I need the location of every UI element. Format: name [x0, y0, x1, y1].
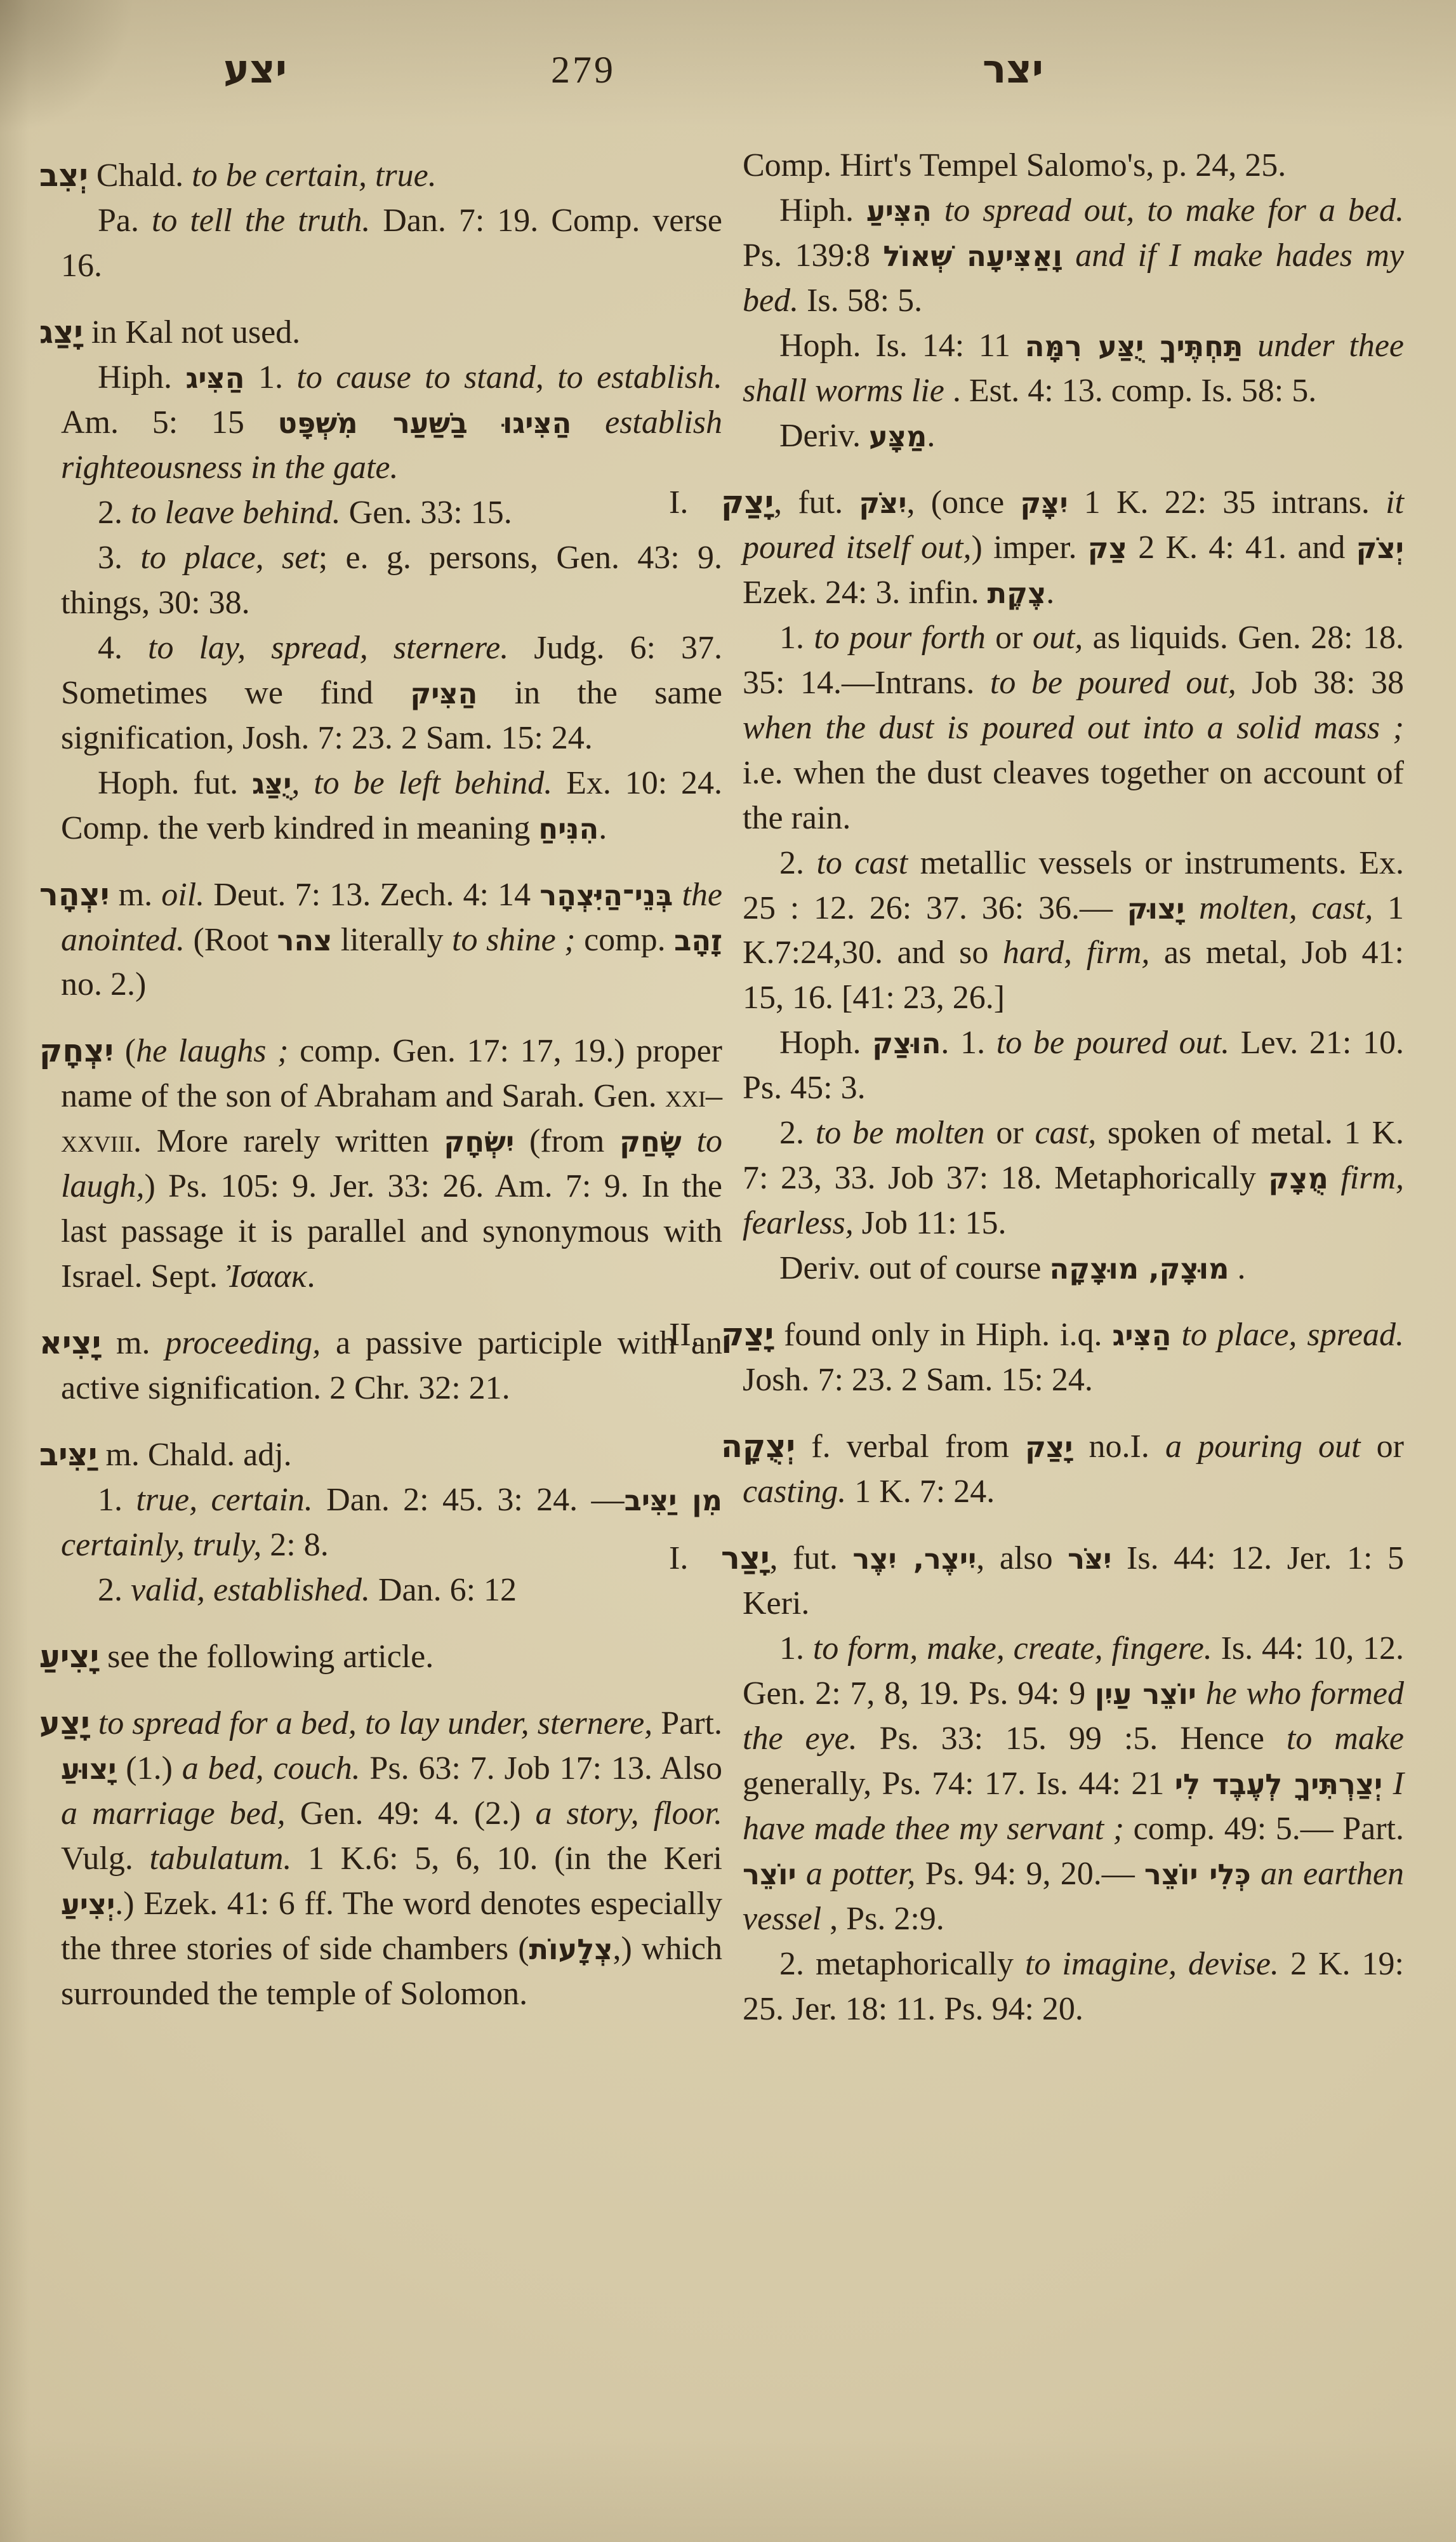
entry-paragraph: 2. to leave behind. Gen. 33: 15. [61, 491, 722, 536]
text-run: 1 K. 7: 24. [846, 1474, 995, 1510]
italic-text: a story, floor. [535, 1795, 722, 1832]
entry-paragraph: 2. valid, established. Dan. 6: 12 [61, 1568, 722, 1613]
italic-text: out, [1033, 620, 1083, 656]
entry-paragraph: יַצִּיב m. Chald. adj. [61, 1433, 722, 1478]
text-run: comp. [576, 922, 675, 958]
dictionary-entry: II.יָצַק found only in Hiph. i.q. הַצִּי… [743, 1313, 1404, 1403]
hebrew-headword: יָצִיעַ [39, 1638, 99, 1675]
text-run: generally, Ps. 74: 17. Is. 44: 21 [743, 1766, 1175, 1802]
hebrew-text: הַצִּיג [185, 361, 244, 395]
hebrew-text: יְצֹק [1356, 531, 1404, 565]
entry-paragraph: יִצְחָק (he laughs ; comp. Gen. 17: 17, … [61, 1029, 722, 1300]
text-run [797, 1856, 806, 1892]
text-run: in Kal not used. [83, 314, 300, 350]
italic-text: a potter, [806, 1856, 916, 1892]
entry-paragraph: II.יָצַק found only in Hiph. i.q. הַצִּי… [743, 1313, 1404, 1403]
hebrew-text: מִן יַצִּיב [625, 1484, 722, 1517]
hebrew-text: בְּנֵי־הַיִּצְהָר [539, 879, 673, 912]
text-run [682, 1123, 697, 1159]
italic-text: to be poured out, [990, 665, 1236, 701]
text-run: comp. 49: 5.— Part. [1124, 1811, 1404, 1847]
text-run: Hoph. [779, 1025, 872, 1061]
text-run: Ps. 33: 15. 99 :5. Hence [857, 1720, 1287, 1757]
italic-text: to spread out, to make for a bed. [944, 192, 1404, 229]
text-run: 2. [98, 1572, 131, 1608]
entry-paragraph: יָצַע to spread for a bed, to lay under,… [61, 1701, 722, 2017]
text-run: found only in Hiph. i.q. [774, 1317, 1112, 1353]
text-run: i.e. when the dust cleaves together on a… [743, 755, 1404, 836]
text-run [571, 404, 605, 441]
hebrew-headword: יִצְחָק [39, 1032, 114, 1069]
text-run: Josh. 7: 23. 2 Sam. 15: 24. [743, 1362, 1093, 1398]
text-run [932, 192, 944, 229]
entry-paragraph: Deriv. out of course מוּצָק, מוּצָקָה . [743, 1246, 1404, 1291]
text-run: Ps. 63: 7. Job 17: 13. Also [361, 1750, 722, 1787]
italic-text: sternere, [538, 1705, 652, 1741]
hebrew-headword: יָצַר [721, 1540, 770, 1576]
text-run [1196, 1675, 1206, 1712]
text-run [1184, 890, 1199, 926]
hebrew-text: יְצִיעַ [61, 1887, 115, 1921]
entry-paragraph: יְצִב Chald. to be certain, true. [61, 154, 722, 199]
text-run: . [599, 810, 607, 846]
italic-text: casting. [743, 1474, 846, 1510]
text-run: ) Ps. 105: 9. Jer. 33: 26. Am. 7: 9. In … [61, 1168, 722, 1294]
text-run: , (once [907, 484, 1021, 521]
header-right-catchword: יצר [983, 50, 1043, 89]
entry-numeral: I. [669, 481, 688, 526]
text-run: (1.) [116, 1750, 182, 1787]
entry-paragraph: יָצִיעַ see the following article. [61, 1635, 722, 1680]
text-run: . More rarely written [133, 1123, 444, 1159]
text-run: Is. 58: 5. [798, 283, 922, 319]
text-run: Chald. [88, 157, 192, 194]
entry-paragraph: Hoph. Is. 14: 11 תַּחְתֶּיךָ יֻצַּע רִמָ… [743, 324, 1404, 414]
hebrew-text: הַצִּיק [410, 677, 477, 710]
entry-paragraph: 2. to be molten or cast, spoken of metal… [743, 1111, 1404, 1246]
text-run: . [1229, 1250, 1245, 1286]
italic-text: to tell the truth. [152, 203, 370, 239]
italic-text: to place, spread. [1181, 1317, 1404, 1353]
text-run: Ezek. 24: 3. infin. [743, 575, 988, 611]
text-run: literally [332, 922, 452, 958]
hebrew-text: יוֹצֵר עַיִן [1095, 1677, 1196, 1711]
page-number: 279 [551, 51, 616, 89]
text-run [90, 1705, 98, 1741]
entry-paragraph: I.יָצַק, fut. יִצֹּק, (once יִצָּק 1 K. … [743, 481, 1404, 616]
dictionary-entry: I.יָצַק, fut. יִצֹּק, (once יִצָּק 1 K. … [743, 481, 1404, 1291]
dictionary-entry: יָצִיעַ see the following article. [61, 1635, 722, 1680]
hebrew-headword: יְצִב [39, 157, 88, 194]
italic-text: to be left behind. [314, 765, 552, 801]
entry-paragraph: יָצַג in Kal not used. [61, 310, 722, 356]
hebrew-text: יִצָּק [1020, 486, 1068, 520]
hebrew-headword: יָצַק [721, 484, 774, 521]
text-run: (Root [185, 922, 277, 958]
text-run: , fut. [770, 1540, 853, 1576]
text-run: . [1046, 575, 1054, 611]
italic-text: proceeding, [165, 1325, 321, 1361]
text-run: or [985, 1115, 1035, 1151]
text-run: or [1361, 1428, 1404, 1465]
italic-text: when the dust is poured out into a solid… [743, 710, 1404, 746]
text-run: 3. [98, 540, 140, 576]
text-run: Deriv. [779, 418, 869, 454]
hebrew-text: צַק [1088, 531, 1127, 565]
text-run: 1. [98, 1482, 136, 1518]
italic-text: a bed, couch. [182, 1750, 361, 1787]
hebrew-text: מֻצָק [1268, 1162, 1328, 1195]
text-run [1251, 1856, 1261, 1892]
dictionary-entry: יָצַג in Kal not used.Hiph. הַצִּיג 1. t… [61, 310, 722, 851]
text-run [673, 877, 682, 913]
text-run: m. [109, 877, 161, 913]
text-run: Job 38: 38 [1236, 665, 1404, 701]
hebrew-text: יָצַק [1025, 1430, 1073, 1464]
hebrew-text: שָׂחַק [619, 1125, 682, 1159]
dictionary-entry: Comp. Hirt's Tempel Salomo's, p. 24, 25.… [743, 143, 1404, 459]
hebrew-text: יֻצַּג [252, 767, 291, 801]
dictionary-entry: יִצְחָק (he laughs ; comp. Gen. 17: 17, … [61, 1029, 722, 1300]
text-run: f. verbal from [795, 1428, 1025, 1465]
entry-paragraph: Hiph. הַצִּיג 1. to cause to stand, to e… [61, 356, 722, 491]
dictionary-entry: יְצִב Chald. to be certain, true.Pa. to … [61, 154, 722, 289]
text-run: Hiph. [779, 192, 866, 229]
hebrew-text: הַצִּיג [1112, 1319, 1171, 1352]
text-run: Ps. 94: 9, 20.— [915, 1856, 1144, 1892]
greek-text: Ἰσαακ [226, 1258, 307, 1294]
italic-text: to spread for a bed, to lay under, [98, 1705, 529, 1741]
text-run: Gen. 49: 4. (2.) [286, 1795, 536, 1832]
hebrew-text: יָצוּעַ [61, 1752, 116, 1786]
text-run [1062, 237, 1075, 274]
entry-paragraph: 3. to place, set; e. g. persons, Gen. 43… [61, 536, 722, 626]
italic-text: to be poured out. [996, 1025, 1229, 1061]
entry-paragraph: יִצְהָר m. oil. Deut. 7: 13. Zech. 4: 14… [61, 873, 722, 1008]
italic-text: to make [1287, 1720, 1404, 1757]
text-run: Dan. 6: 12 [370, 1572, 517, 1608]
text-run: Hoph. fut. [98, 765, 252, 801]
left-column: יְצִב Chald. to be certain, true.Pa. to … [61, 154, 722, 2039]
text-run: 1. [779, 620, 814, 656]
text-run: . [927, 418, 935, 454]
italic-text: to cast [816, 845, 908, 881]
text-run [1243, 328, 1257, 364]
hebrew-text: יְצַרְתִּיךָ לְעֶבֶד לִי [1175, 1767, 1382, 1801]
italic-text: to shine ; [452, 922, 576, 958]
dictionary-entry: יְצֻקָה f. verbal from יָצַק no.I. a pou… [743, 1425, 1404, 1515]
text-run: Vulg. [61, 1840, 150, 1877]
hebrew-text: כְּלִי יוֹצֵר [1144, 1858, 1251, 1891]
italic-text: to pour forth [814, 620, 986, 656]
text-run [1172, 1317, 1182, 1353]
entry-paragraph: Deriv. מַצָּע. [743, 414, 1404, 459]
entry-paragraph: יְצֻקָה f. verbal from יָצַק no.I. a pou… [743, 1425, 1404, 1515]
text-run: , fut. [774, 484, 859, 521]
italic-text: to place, set [140, 540, 318, 576]
text-run: m. [101, 1325, 165, 1361]
entry-paragraph: יָצִיא m. proceeding, a passive particip… [61, 1321, 722, 1411]
hebrew-headword: יָצַע [39, 1705, 90, 1741]
italic-text: true, certain. [136, 1482, 312, 1518]
scanned-lexicon-page: { "page": { "header": { "left_catchword"… [0, 0, 1456, 2542]
italic-text: to lay, spread, sternere. [148, 630, 508, 666]
hebrew-text: הִצִּיעַ [866, 194, 932, 228]
entry-paragraph: I.יָצַר, fut. יִיצֶר, יִצֶר, also יִצֹּר… [743, 1536, 1404, 1627]
italic-text: oil. [161, 877, 204, 913]
italic-text: to be molten [816, 1115, 985, 1151]
text-run: Hoph. Is. 14: 11 [779, 328, 1025, 364]
header-left-catchword: יצע [223, 50, 287, 89]
italic-text: valid, established. [131, 1572, 370, 1608]
italic-text: a marriage bed, [61, 1795, 286, 1832]
text-run: Job 11: 15. [854, 1205, 1007, 1241]
text-run: m. Chald. adj. [97, 1437, 291, 1473]
text-run: Deriv. out of course [779, 1250, 1050, 1286]
entry-paragraph: 4. to lay, spread, sternere. Judg. 6: 37… [61, 626, 722, 761]
hebrew-text: וָאַצִּיעָה שְּׁאוֹל [883, 239, 1062, 273]
text-run: or [986, 620, 1033, 656]
dictionary-entry: יַצִּיב m. Chald. adj.1. true, certain. … [61, 1433, 722, 1613]
hebrew-text: הַצִּיגוּ בַשַּׁעַר מִשְׁפָּט [278, 406, 572, 440]
entry-paragraph: 2. metaphorically to imagine, de­vise. 2… [743, 1942, 1404, 2032]
italic-text: to cause to stand, to establish. [296, 359, 722, 396]
dictionary-entry: I.יָצַר, fut. יִיצֶר, יִצֶר, also יִצֹּר… [743, 1536, 1404, 2032]
hebrew-text: יִצֹּר [1068, 1542, 1111, 1576]
text-run: Hiph. [98, 359, 185, 396]
entry-paragraph: Hoph. הוּצַק. 1. to be poured out. Lev. … [743, 1021, 1404, 1111]
text-run [1382, 1766, 1393, 1802]
hebrew-headword: יָצַג [39, 314, 83, 350]
hebrew-text: צֶקֶת [988, 576, 1047, 610]
hebrew-text: צהר [277, 924, 332, 957]
italic-text: hard, firm, [1003, 935, 1150, 971]
italic-text: to leave behind. [131, 495, 341, 531]
text-run: 2. [779, 845, 816, 881]
text-run: 1 K. 22: 35 intrans. [1068, 484, 1386, 521]
dictionary-entry: יִצְהָר m. oil. Deut. 7: 13. Zech. 4: 14… [61, 873, 722, 1008]
hebrew-text: יִיצֶר, יִצֶר [852, 1542, 976, 1576]
dictionary-entry: יָצִיא m. proceeding, a passive particip… [61, 1321, 722, 1411]
text-run: ( [114, 1033, 136, 1069]
text-run: Pa. [98, 203, 152, 239]
right-column: Comp. Hirt's Tempel Salomo's, p. 24, 25.… [743, 143, 1404, 2054]
hebrew-text: יִצֹּק [859, 486, 906, 520]
text-run: Part. [652, 1705, 722, 1741]
entry-paragraph: Hoph. fut. יֻצַּג, to be left behind. Ex… [61, 761, 722, 851]
text-run [1328, 1160, 1341, 1196]
text-run: no. 2.) [61, 966, 146, 1002]
text-run: Comp. Hirt's Tempel Salomo's, p. 24, 25. [743, 147, 1286, 183]
entry-paragraph: 1. true, certain. Dan. 2: 45. 3: 24. —מִ… [61, 1478, 722, 1568]
entry-paragraph: Comp. Hirt's Tempel Salomo's, p. 24, 25. [743, 143, 1404, 189]
hebrew-headword: יְצֻקָה [721, 1428, 795, 1465]
text-run: 2 K. 4: 41. and [1127, 529, 1356, 566]
text-run: 1. [245, 359, 297, 396]
italic-text: to be certain, true. [192, 157, 437, 194]
hebrew-headword: יָצַק [721, 1316, 774, 1353]
italic-text: to form, make, create, fingere. [813, 1630, 1212, 1667]
text-run: Gen. 33: 15. [341, 495, 512, 531]
text-run: 2. [779, 1115, 816, 1151]
text-run: Deut. 7: 13. Zech. 4: 14 [204, 877, 539, 913]
hebrew-headword: יִצְהָר [39, 876, 109, 913]
hebrew-text: הִנִּיחַ [538, 812, 599, 846]
text-run: Dan. 2: 45. 3: 24. — [313, 1482, 625, 1518]
text-run: , [291, 765, 314, 801]
italic-text: molten, cast, [1199, 890, 1373, 926]
hebrew-text: מַצָּע [869, 420, 927, 453]
text-run: . 1. [941, 1025, 996, 1061]
text-run: 2. [98, 495, 131, 531]
italic-text: he laughs ; [136, 1033, 288, 1069]
text-run: 1 K.6: 5, 6, 10. (in the Keri [291, 1840, 722, 1877]
entry-paragraph: 2. to cast metallic vessels or instrumen… [743, 841, 1404, 1021]
text-run: Am. 5: 15 [61, 404, 278, 441]
text-run: Ps. 139:8 [743, 237, 883, 274]
italic-text: cast, [1035, 1115, 1096, 1151]
hebrew-text: מוּצָק, מוּצָקָה [1050, 1252, 1229, 1286]
text-run: ) imper. [972, 529, 1088, 566]
italic-text: to imagine, de­vise. [1025, 1946, 1279, 1982]
hebrew-text: יָצוּק [1127, 892, 1185, 926]
text-run: see the following article. [99, 1639, 433, 1675]
hebrew-text: יוֹצֵר [743, 1858, 797, 1891]
italic-text: certainly, truly, [61, 1527, 261, 1563]
text-run: (from [514, 1123, 619, 1159]
entry-paragraph: 1. to form, make, create, fingere. Is. 4… [743, 1627, 1404, 1942]
text-run: no.I. [1073, 1428, 1165, 1465]
text-run: . Est. 4: 13. comp. Is. 58: 5. [944, 373, 1316, 409]
hebrew-text: זָהָב [674, 924, 722, 957]
text-run: . [307, 1258, 315, 1294]
entry-paragraph: 1. to pour forth or out, as liquids. Gen… [743, 616, 1404, 841]
text-run: 2. metaphorically [779, 1946, 1025, 1982]
hebrew-text: תַּחְתֶּיךָ יֻצַּע רִמָּה [1025, 329, 1243, 363]
italic-text: tabulatum. [150, 1840, 292, 1877]
hebrew-text: הוּצַק [872, 1027, 941, 1060]
italic-text: a pour­ing out [1165, 1428, 1360, 1465]
entry-paragraph: Pa. to tell the truth. Dan. 7: 19. Comp.… [61, 199, 722, 289]
text-run [529, 1705, 538, 1741]
hebrew-text: יִשְׂחָק [444, 1125, 514, 1159]
text-run: 1. [779, 1630, 813, 1667]
entry-numeral: II. [669, 1313, 699, 1358]
hebrew-text: צְלָעוֹת [529, 1933, 613, 1966]
hebrew-headword: יָצִיא [39, 1324, 101, 1361]
dictionary-entry: יָצַע to spread for a bed, to lay under,… [61, 1701, 722, 2017]
entry-numeral: I. [669, 1536, 688, 1581]
text-run: 4. [98, 630, 148, 666]
text-run: 2: 8. [261, 1527, 328, 1563]
text-run: , Ps. 2:9. [821, 1901, 944, 1937]
hebrew-headword: יַצִּיב [39, 1436, 97, 1473]
book-page: יצע 279 יצר יְצִב Chald. to be certain, … [0, 0, 1456, 2542]
entry-paragraph: Hiph. הִצִּיעַ to spread out, to make fo… [743, 189, 1404, 324]
text-run: , also [976, 1540, 1068, 1576]
